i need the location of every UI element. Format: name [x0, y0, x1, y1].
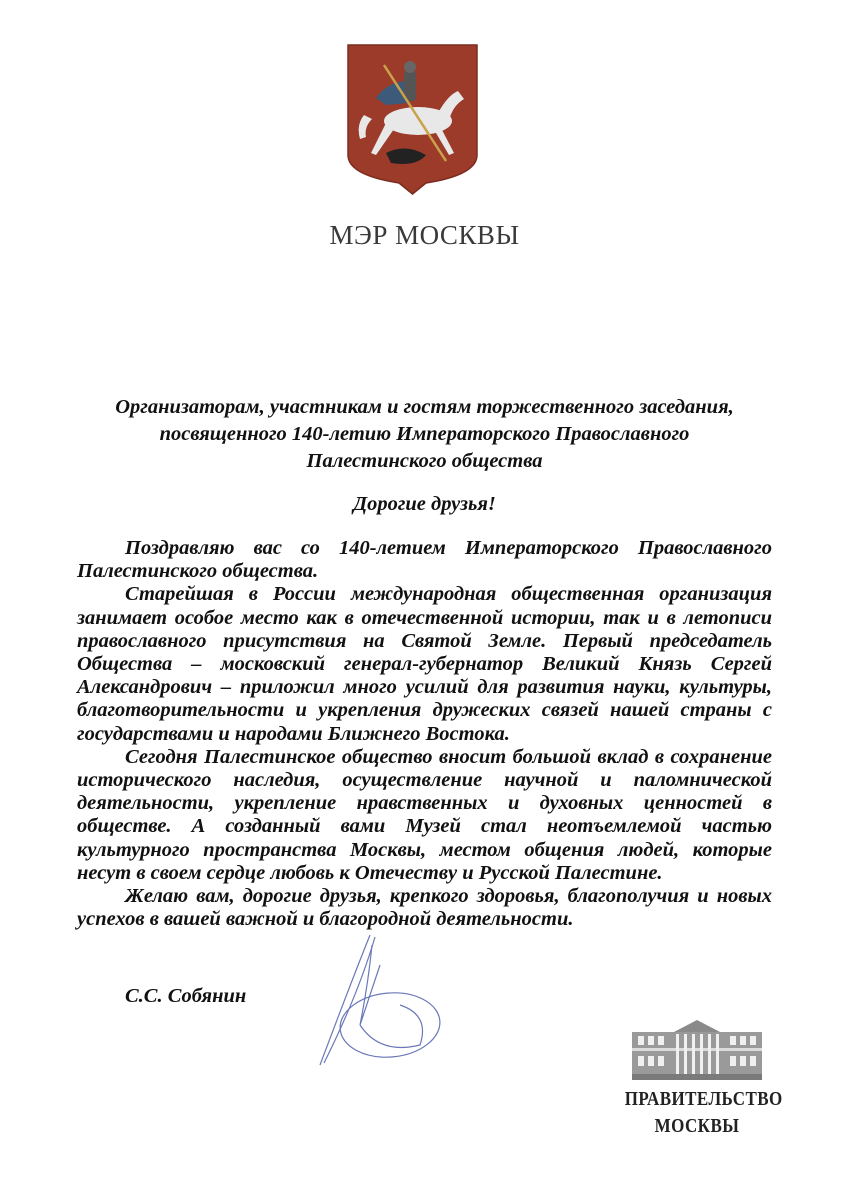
moscow-coat-of-arms-icon	[346, 43, 479, 195]
address-line: Организаторам, участникам и гостям торже…	[60, 394, 789, 421]
government-name: ПРАВИТЕЛЬСТВО МОСКВЫ	[625, 1086, 770, 1140]
handwritten-signature-icon	[280, 925, 480, 1075]
letter-body: Поздравляю вас со 140-летием Императорск…	[77, 537, 772, 931]
letter-address: Организаторам, участникам и гостям торже…	[60, 394, 789, 475]
government-logo: ПРАВИТЕЛЬСТВО МОСКВЫ	[612, 1018, 782, 1148]
address-line: Палестинского общества	[60, 448, 789, 475]
government-building-icon	[632, 1018, 762, 1080]
address-line: посвященного 140-летию Императорского Пр…	[60, 421, 789, 448]
org-line: ПРАВИТЕЛЬСТВО	[625, 1086, 770, 1113]
mayor-title: МЭР МОСКВЫ	[0, 220, 849, 251]
paragraph: Сегодня Палестинское общество вносит бол…	[77, 746, 772, 885]
paragraph: Старейшая в России международная обществ…	[77, 583, 772, 745]
signer-name: С.С. Собянин	[125, 985, 246, 1008]
letter-greeting: Дорогие друзья!	[0, 493, 849, 516]
paragraph: Поздравляю вас со 140-летием Императорск…	[77, 537, 772, 583]
org-line: МОСКВЫ	[625, 1113, 770, 1140]
